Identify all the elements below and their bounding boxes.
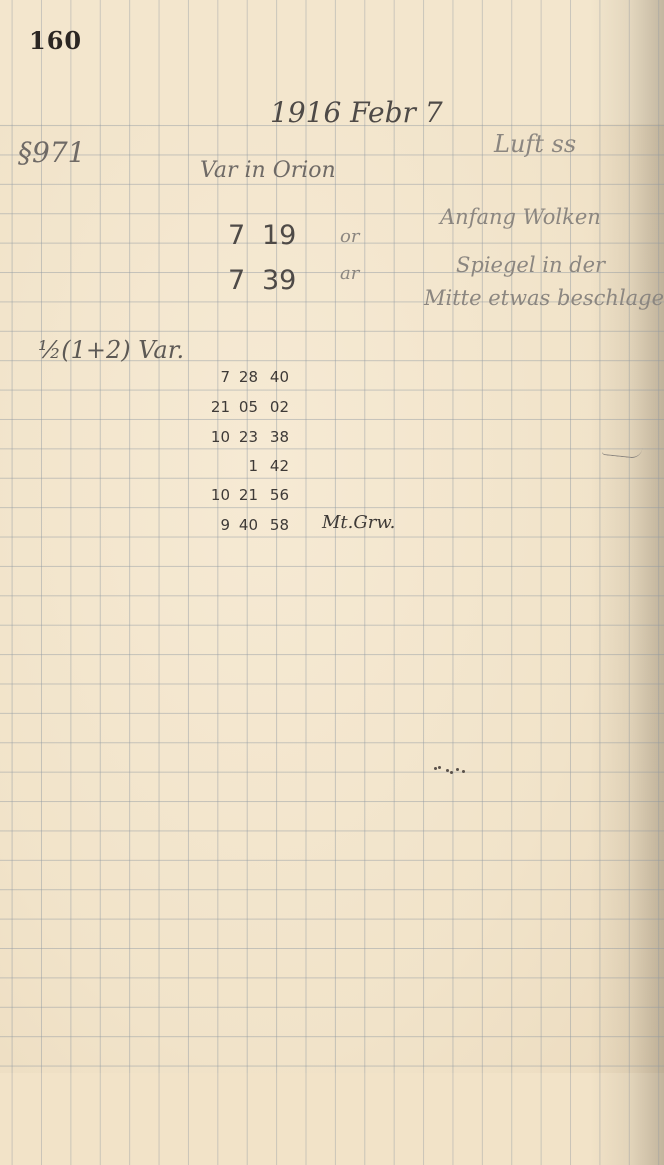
- cell: 58: [263, 516, 289, 534]
- obs-flag: ar: [340, 263, 359, 284]
- cell: 56: [263, 486, 289, 504]
- obs-hour: 7: [228, 220, 245, 251]
- cell: 10: [204, 486, 230, 504]
- obs-minute: 39: [262, 265, 296, 296]
- cell: 02: [263, 398, 289, 416]
- reduction-formula: ½(1+2) Var.: [38, 336, 184, 364]
- seeing-note: Luft ss: [494, 130, 576, 158]
- notebook-page: 160 §971 1916 Febr 7 Var in Orion Luft s…: [0, 0, 664, 1165]
- cell: 05: [232, 398, 258, 416]
- obs-flag: or: [340, 226, 359, 247]
- cell: 10: [204, 428, 230, 446]
- cell: 21: [232, 486, 258, 504]
- cell: 40: [232, 516, 258, 534]
- cell: 23: [232, 428, 258, 446]
- table-row: 9 40 58 Mt.Grw.: [200, 516, 400, 545]
- table-row: 1 42: [200, 457, 400, 486]
- table-row: 10 23 38: [200, 428, 400, 457]
- ink-smudge: [432, 766, 476, 774]
- object-name: Var in Orion: [200, 158, 336, 183]
- cell: 1: [232, 457, 258, 475]
- table-row: 21 05 02: [200, 398, 400, 427]
- cell: 9: [204, 516, 230, 534]
- obs-minute: 19: [262, 220, 296, 251]
- table-row: 7 28 40: [200, 368, 400, 397]
- remark-line: Anfang Wolken: [440, 205, 601, 229]
- cell: 42: [263, 457, 289, 475]
- cell: 21: [204, 398, 230, 416]
- remark-line: Mitte etwas beschlagen: [424, 286, 664, 310]
- cell: 7: [204, 368, 230, 386]
- obs-hour: 7: [228, 265, 245, 296]
- cell: 28: [232, 368, 258, 386]
- page-number: 160: [29, 26, 82, 55]
- remark-line: Spiegel in der: [456, 253, 605, 277]
- cell: 38: [263, 428, 289, 446]
- table-row: 10 21 56: [200, 486, 400, 515]
- observation-date: 1916 Febr 7: [270, 96, 443, 129]
- cell: 40: [263, 368, 289, 386]
- entry-id: §971: [18, 136, 85, 169]
- page-footer-margin: [0, 1073, 664, 1165]
- mean-greenwich-note: Mt.Grw.: [322, 512, 395, 533]
